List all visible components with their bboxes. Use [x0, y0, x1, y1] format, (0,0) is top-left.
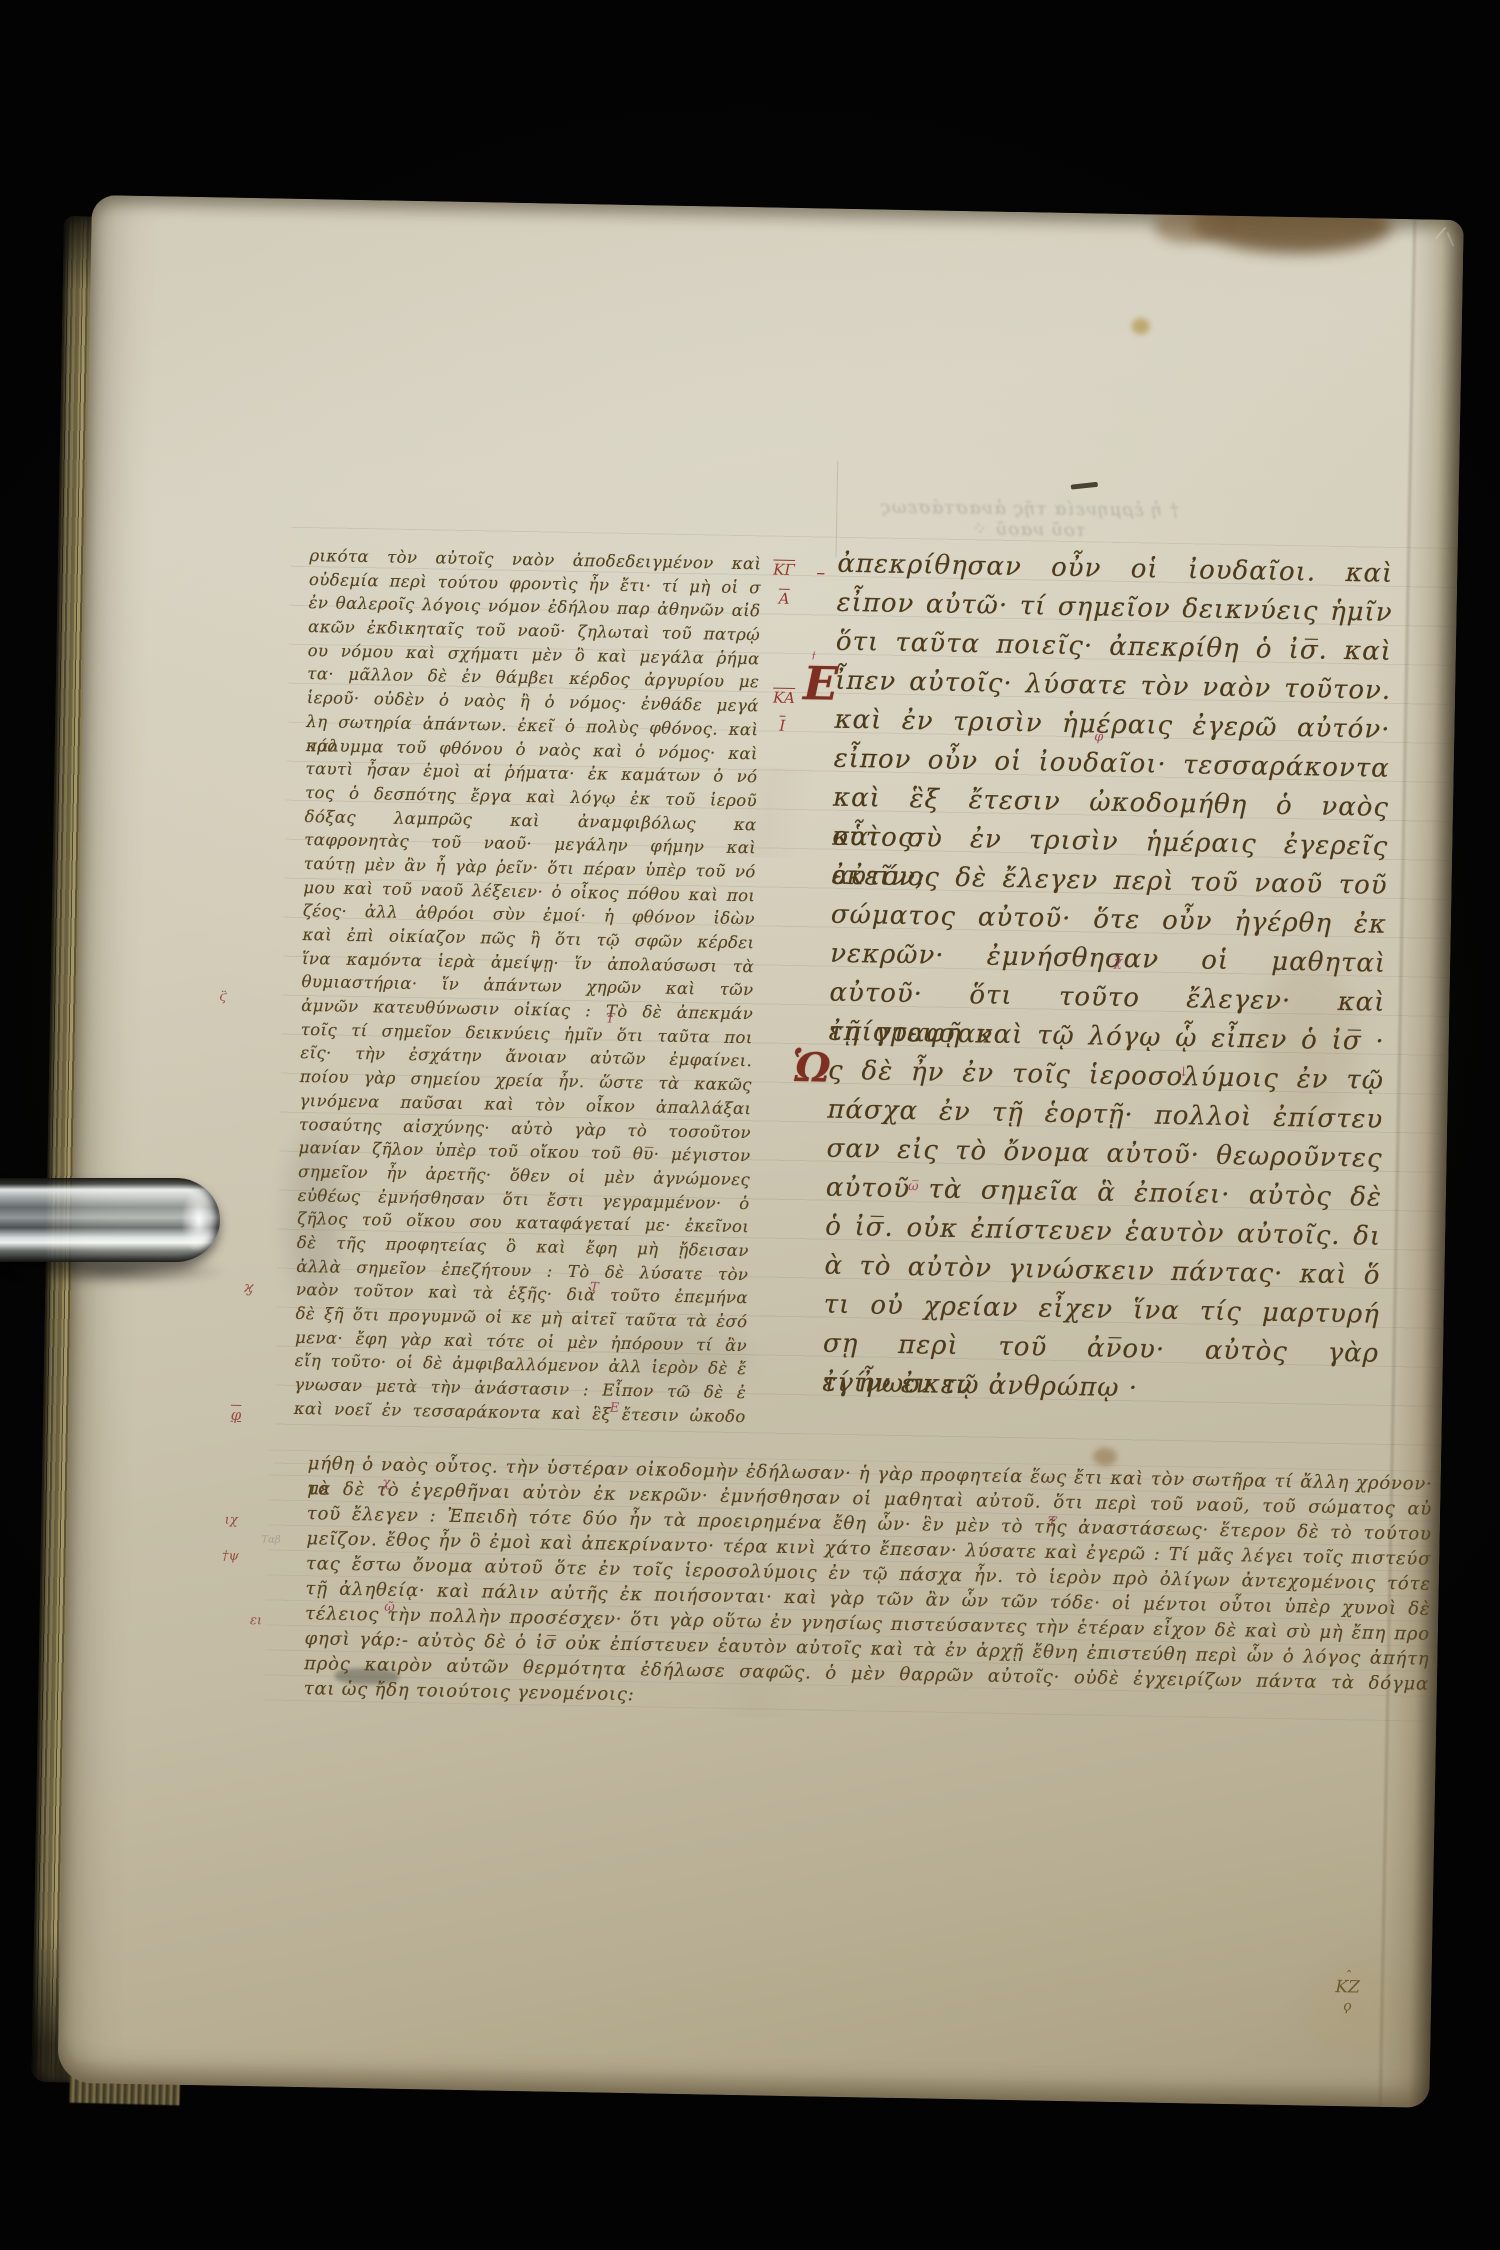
gloss-omega-bottom: ῶ: [384, 1601, 395, 1614]
initial-epsilon: Ε: [803, 660, 839, 707]
margin-mark-psi: †ψ: [222, 1550, 239, 1563]
ink-dash: [1071, 482, 1098, 490]
gloss-tau-cross: Τ̇: [1048, 1516, 1057, 1529]
initial-omega: Ὡ: [792, 1048, 831, 1089]
quire-label: ΚΖ: [1335, 1978, 1360, 1998]
gloss-chi: χ̅: [1114, 956, 1122, 969]
margin-mark-phi: φ: [231, 1408, 242, 1423]
margin-mark-kai: ϗ: [244, 1280, 254, 1295]
canon-number-i: Ι: [779, 719, 785, 734]
gloss-phi: φ̅: [1094, 730, 1103, 743]
gloss-tau-2: Τ: [590, 1281, 599, 1294]
quire-tail: ϙ: [1335, 1998, 1360, 2015]
margin-mark-ei: ει: [250, 1614, 262, 1627]
canon-number-a: Α: [779, 592, 790, 607]
gloss-arrow: ↓: [1178, 1066, 1189, 1079]
lemma-dash: –: [816, 564, 825, 582]
bottom-catena-block: μήθη ὁ ναὸς οὗτος. τὴν ὑστέραν οἰκοδομὴν…: [303, 1451, 1432, 1722]
brown-spot: [1093, 1448, 1117, 1466]
manuscript-page: † ἡ ἑρμηνεία τῆς ἀναστάσεως τοῦ ναοῦ ⁘ Κ…: [57, 195, 1463, 2108]
margin-mark-stigma: ϛ̈: [219, 990, 227, 1003]
left-column-commentary: ρικότα τὸν αὐτοῖς ναὸν ἀποδεδειγμένον κα…: [294, 544, 762, 1429]
right-column-gospel-text: ἀπεκρίθησαν οὖν οἱ ἰουδαῖοι. καὶεἶπον αὐ…: [822, 545, 1394, 1413]
margin-mark-ichi: ιχ: [225, 1514, 238, 1527]
pencil-note: Ταβ: [261, 1534, 280, 1545]
gloss-chi-bottom: χ: [382, 1477, 390, 1490]
photograph-backdrop: † ἡ ἑρμηνεία τῆς ἀναστάσεως τοῦ ναοῦ ⁘ Κ…: [0, 0, 1500, 2250]
gloss-tau-1: Τ: [606, 1013, 615, 1026]
ink-stain-top-2: [1153, 208, 1224, 243]
gloss-omega: ω̅: [908, 1180, 919, 1193]
gloss-epsilon: Ε: [610, 1402, 620, 1415]
quire-signature: ˆ ΚΖ ϙ: [1335, 1970, 1360, 2014]
glass-rod: [0, 1178, 220, 1262]
yellow-spot: [1132, 318, 1150, 334]
initial-epsilon-sign: ϯ: [812, 650, 816, 661]
offset-heading-mirrored: † ἡ ἑρμηνεία τῆς ἀναστάσεως τοῦ ναοῦ ⁘: [874, 496, 1184, 542]
section-number-ka: ΚΑ: [773, 691, 795, 706]
section-number-kg: ΚΓ: [773, 563, 795, 578]
